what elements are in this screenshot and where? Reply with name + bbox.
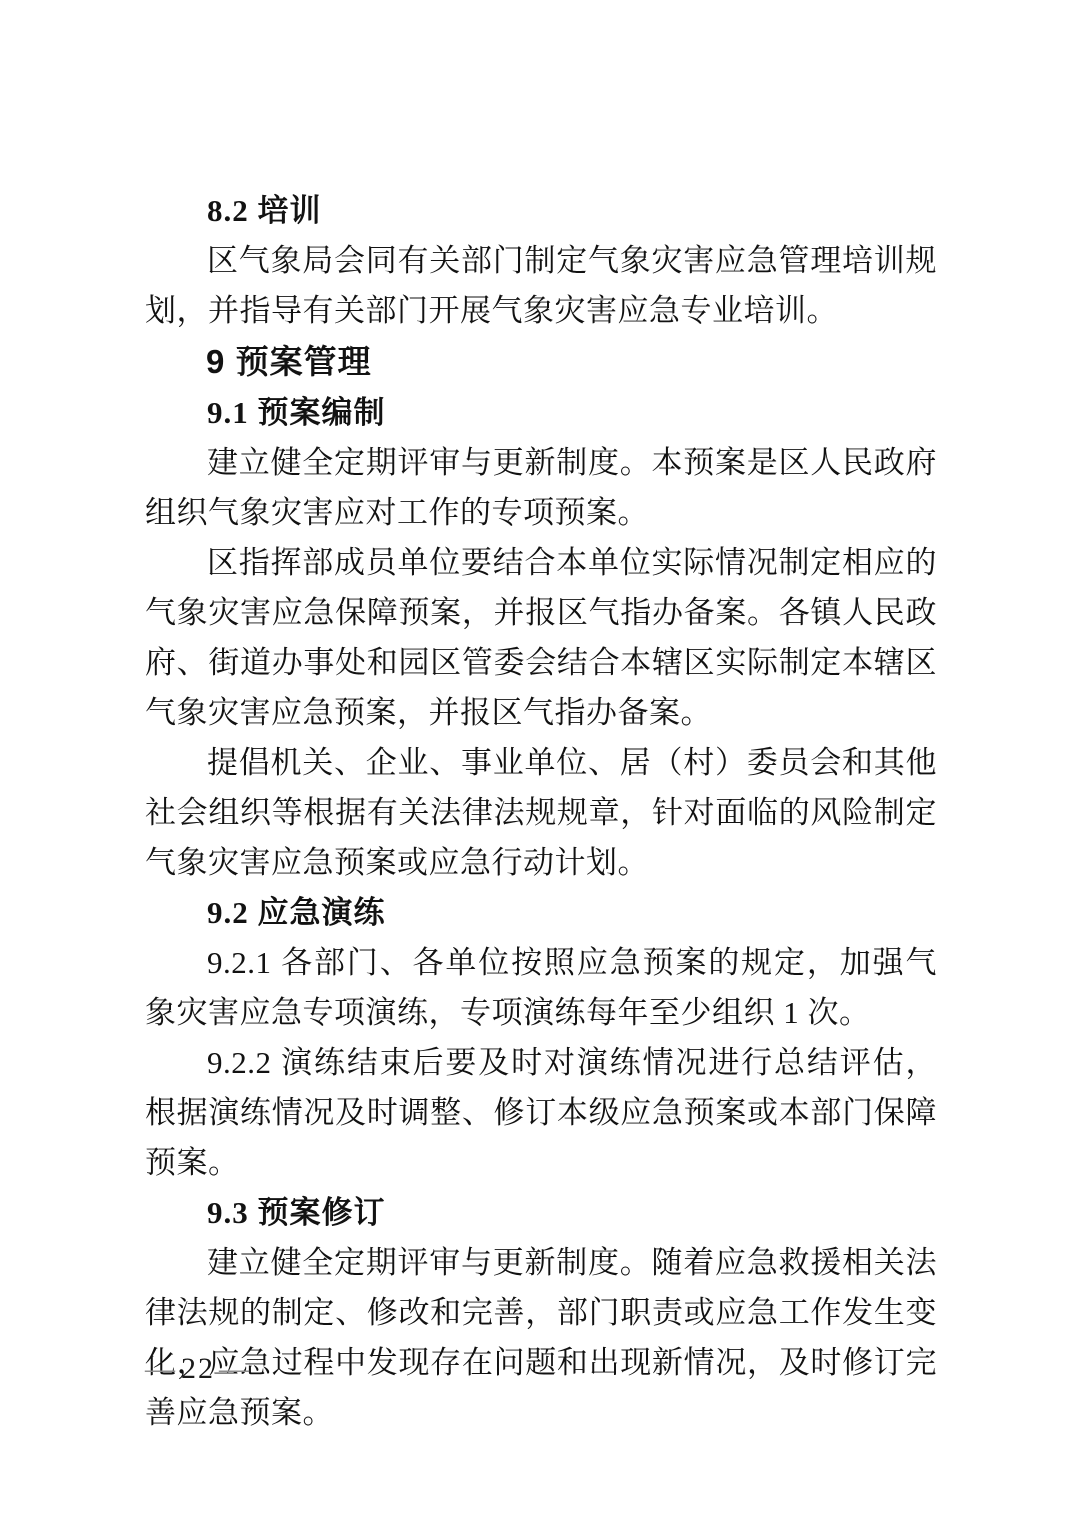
paragraph-plan-revision: 建立健全定期评审与更新制度。随着应急救援相关法律法规的制定、修改和完善，部门职责… [145,1238,937,1438]
document-page: 8.2 培训 区气象局会同有关部门制定气象灾害应急管理培训规划，并指导有关部门开… [0,0,1074,1520]
paragraph-training: 区气象局会同有关部门制定气象灾害应急管理培训规划，并指导有关部门开展气象灾害应急… [145,236,937,336]
chapter-heading-9: 9 预案管理 [145,336,937,388]
section-heading-9-2: 9.2 应急演练 [145,888,937,938]
page-footer: —22— [145,1352,251,1386]
footer-dash-left: — [145,1352,177,1385]
paragraph-drill-9-2-1: 9.2.1 各部门、各单位按照应急预案的规定，加强气象灾害应急专项演练，专项演练… [145,938,937,1038]
footer-dash-right: — [219,1352,251,1385]
page-number: 22 [177,1352,219,1385]
paragraph-plan-compilation-3: 提倡机关、企业、事业单位、居（村）委员会和其他社会组织等根据有关法律法规规章，针… [145,738,937,888]
paragraph-plan-compilation-1: 建立健全定期评审与更新制度。本预案是区人民政府组织气象灾害应对工作的专项预案。 [145,438,937,538]
document-body: 8.2 培训 区气象局会同有关部门制定气象灾害应急管理培训规划，并指导有关部门开… [145,186,937,1438]
section-heading-9-1: 9.1 预案编制 [145,388,937,438]
paragraph-plan-compilation-2: 区指挥部成员单位要结合本单位实际情况制定相应的气象灾害应急保障预案，并报区气指办… [145,538,937,738]
paragraph-drill-9-2-2: 9.2.2 演练结束后要及时对演练情况进行总结评估，根据演练情况及时调整、修订本… [145,1038,937,1188]
section-heading-8-2: 8.2 培训 [145,186,937,236]
section-heading-9-3: 9.3 预案修订 [145,1188,937,1238]
